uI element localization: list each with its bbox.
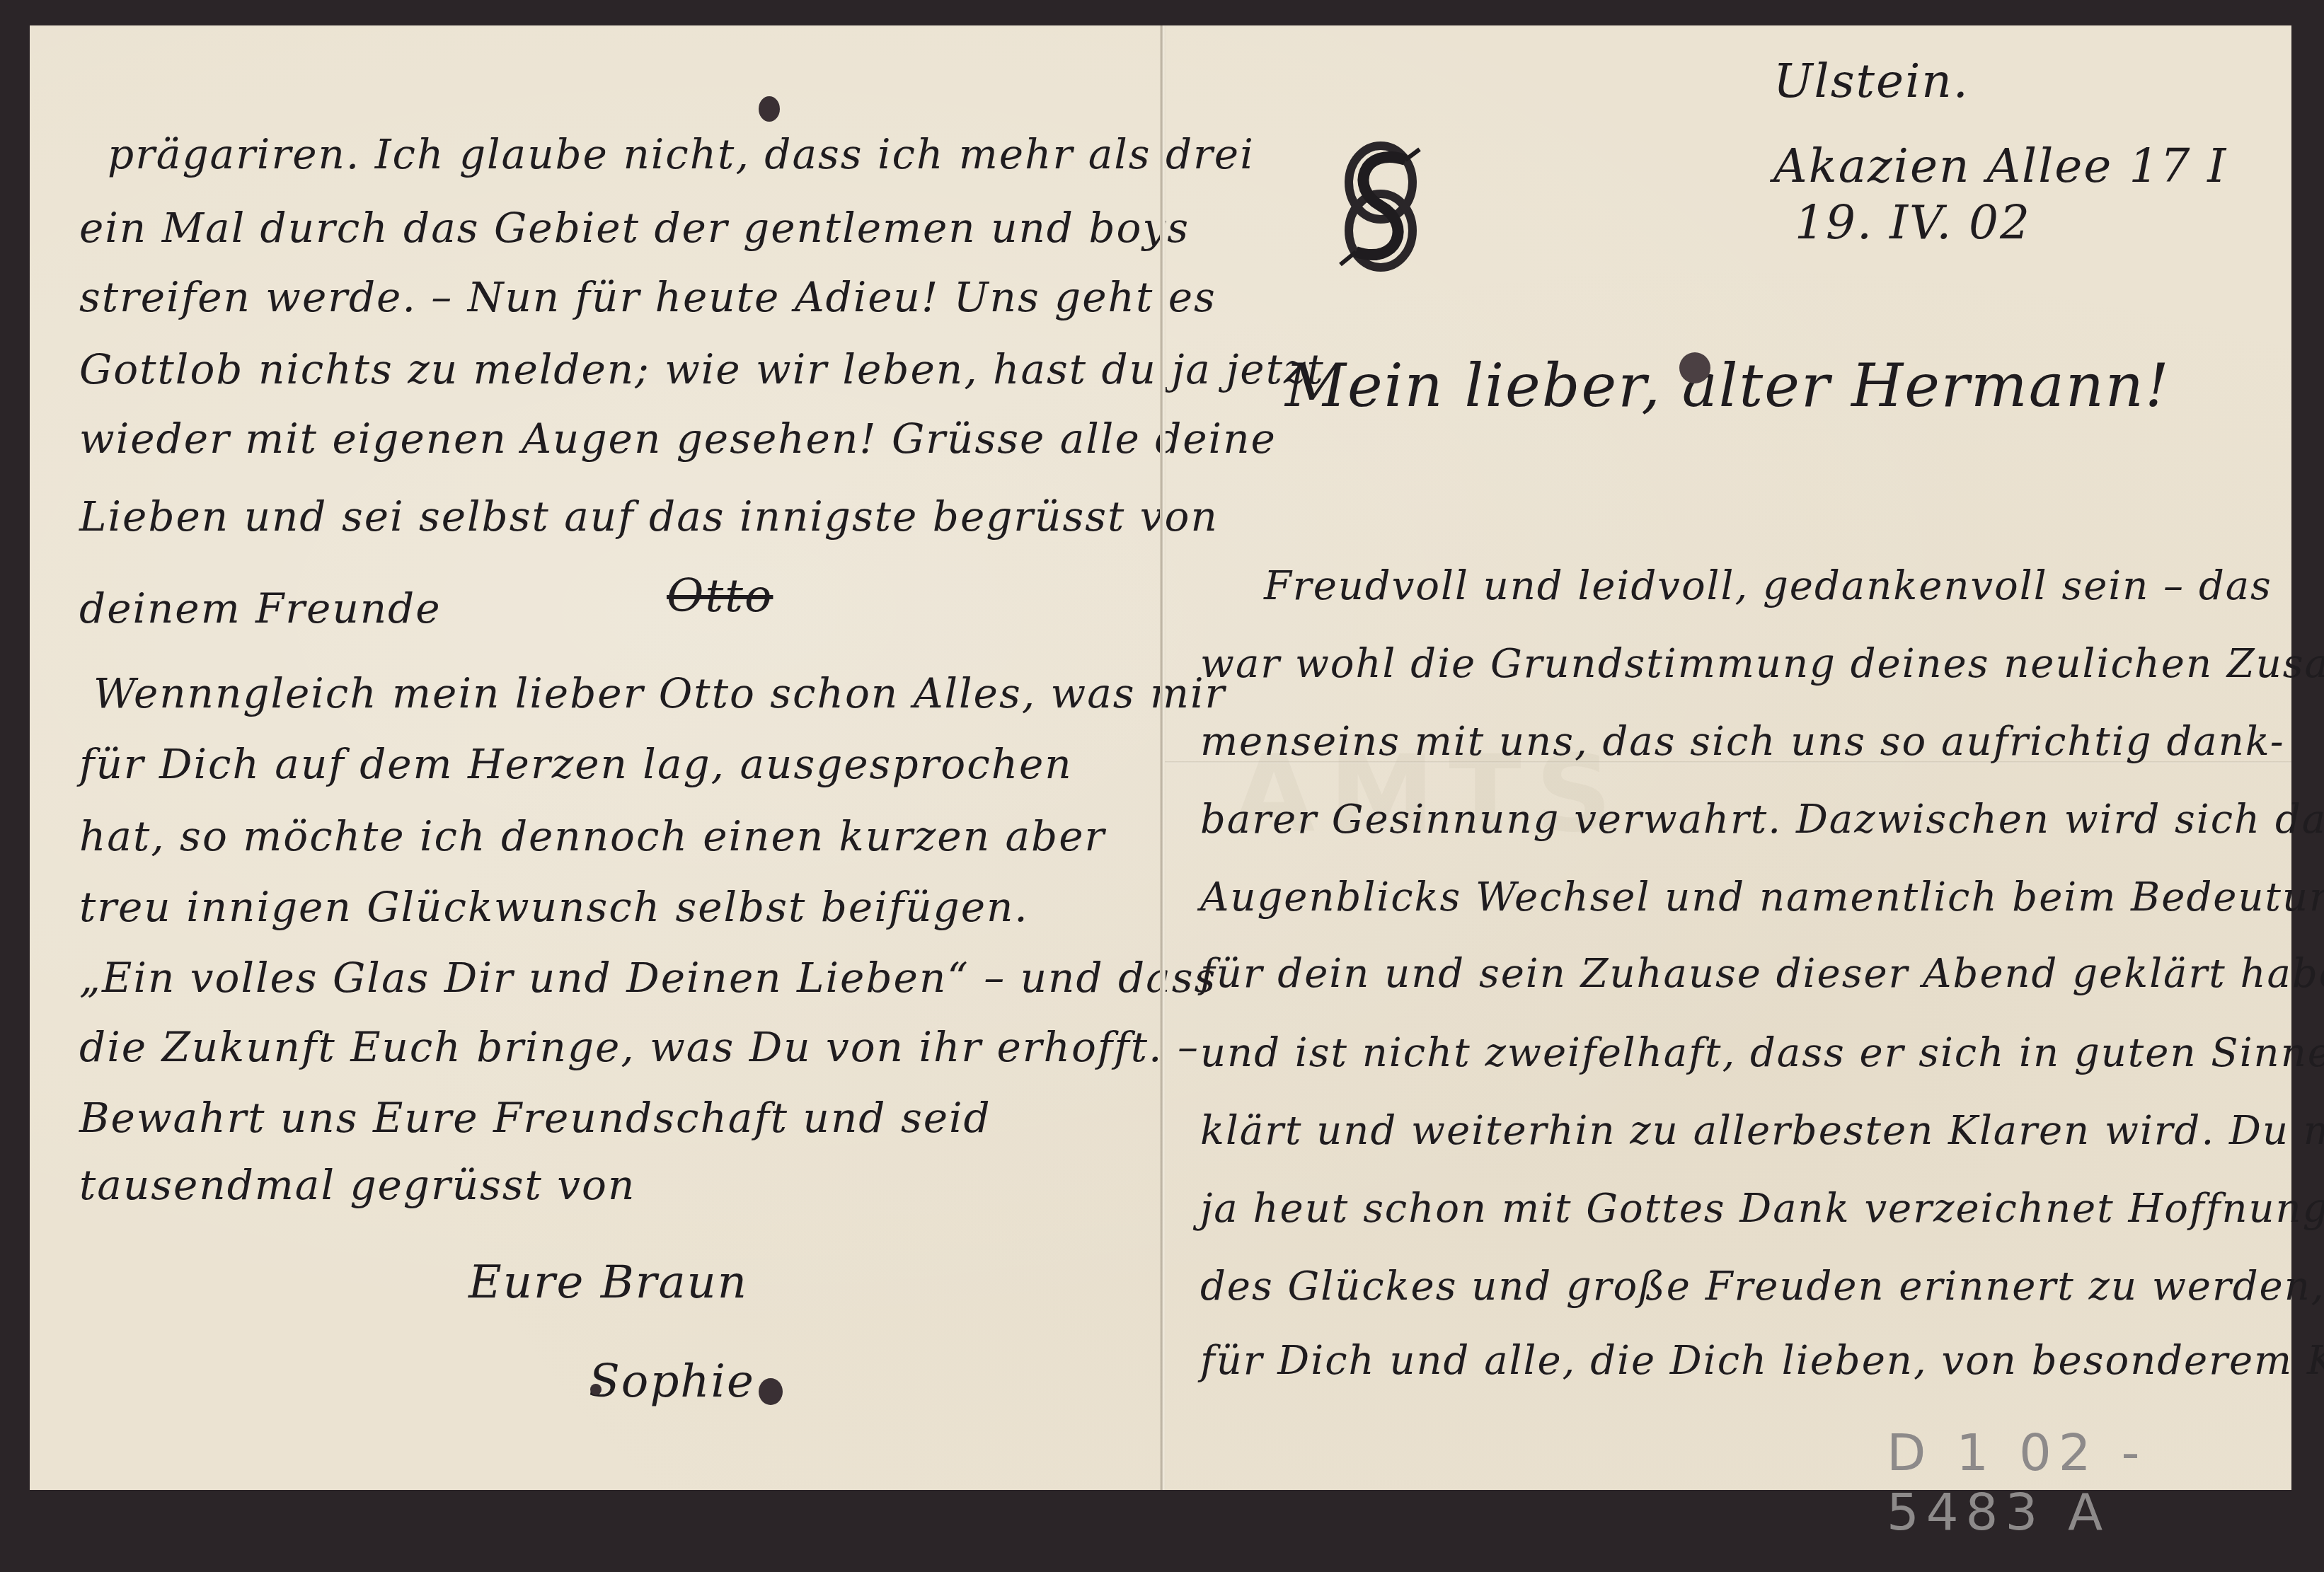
letter-line: prägariren. Ich glaube nicht, dass ich m… <box>108 130 1255 178</box>
left-page: prägariren. Ich glaube nicht, dass ich m… <box>30 25 1161 1490</box>
letter-line: wieder mit eigenen Augen gesehen! Grüsse… <box>79 415 1277 463</box>
letter-line: ja heut schon mit Gottes Dank verzeichne… <box>1200 1186 2324 1232</box>
letter-line: Gottlob nichts zu melden; wie wir leben,… <box>79 345 1325 393</box>
ink-blot <box>590 1384 602 1395</box>
letter-line: Lieben und sei selbst auf das innigste b… <box>79 492 1219 541</box>
letter-line: menseins mit uns, das sich uns so aufric… <box>1200 719 2285 765</box>
letter-line: Freudvoll und leidvoll, gedankenvoll sei… <box>1264 563 2272 609</box>
letter-line: für Dich und alle, die Dich lieben, von … <box>1200 1338 2324 1384</box>
ink-blot <box>759 96 780 122</box>
letter-salutation: Mein lieber, alter Hermann! <box>1285 351 2170 420</box>
right-page: Ulstein. Akazien Allee 17 I 19. IV. 02 M… <box>1165 25 2291 1490</box>
ink-blot <box>1679 352 1710 383</box>
letter-line: des Glückes und große Freuden erinnert z… <box>1200 1264 2324 1310</box>
signature-sophie: Sophie <box>589 1356 755 1408</box>
letter-sheet: AMTS prägariren. Ich glaube nicht, dass … <box>30 25 2291 1490</box>
letter-line: war wohl die Grundstimmung deines neulic… <box>1200 641 2324 687</box>
archive-number: D 1 02 - 5483 A <box>1887 1423 2291 1542</box>
letter-line: barer Gesinnung verwahrt. Dazwischen wir… <box>1200 797 2324 843</box>
letter-date: 19. IV. 02 <box>1795 195 2031 250</box>
postscript-line: hat, so möchte ich dennoch einen kurzen … <box>79 812 1105 860</box>
postscript-line: treu innigen Glückwunsch selbst beifügen… <box>79 883 1029 931</box>
letter-line: für dein und sein Zuhause dieser Abend g… <box>1200 951 2324 997</box>
postscript-line: „Ein volles Glas Dir und Deinen Lieben“ … <box>79 954 1216 1002</box>
postscript-line: Bewahrt uns Eure Freundschaft und seid <box>79 1094 991 1142</box>
postscript-line: die Zukunft Euch bringe, was Du von ihr … <box>79 1023 1200 1071</box>
letter-line: klärt und weiterhin zu allerbesten Klare… <box>1200 1108 2324 1154</box>
letter-line: deinem Freunde <box>79 584 442 632</box>
closing-text: Eure Braun <box>468 1256 748 1309</box>
letter-address: Akazien Allee 17 I <box>1773 139 2227 193</box>
letter-line: und ist nicht zweifelhaft, dass er sich … <box>1200 1030 2324 1076</box>
postscript-line: für Dich auf dem Herzen lag, ausgesproch… <box>79 740 1073 788</box>
letter-line: ein Mal durch das Gebiet der gentlemen u… <box>79 204 1190 252</box>
postscript-line: Wennngleich mein lieber Otto schon Alles… <box>93 669 1226 717</box>
signature-otto: Otto <box>667 570 773 623</box>
letter-line: Augenblicks Wechsel und namentlich beim … <box>1200 874 2324 920</box>
ink-blot <box>759 1378 783 1405</box>
letter-line: streifen werde. – Nun für heute Adieu! U… <box>79 273 1216 321</box>
monogram-icon <box>1321 132 1441 280</box>
letter-place: Ulstein. <box>1773 54 1969 108</box>
postscript-line: tausendmal gegrüsst von <box>79 1161 635 1209</box>
